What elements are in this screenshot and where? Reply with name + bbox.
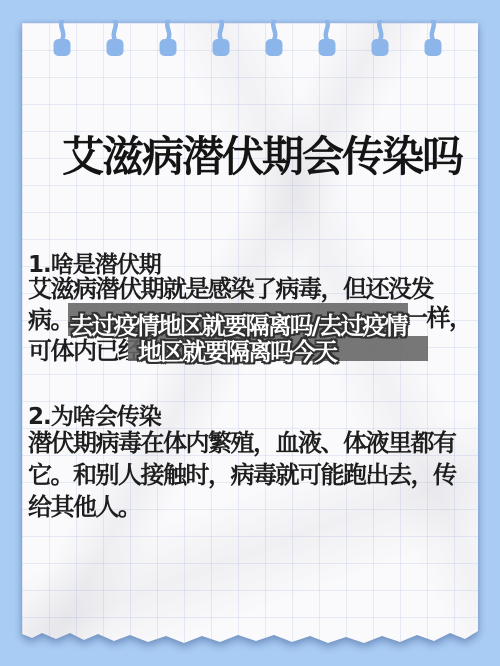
pin-icon [209,20,233,68]
section1-line2-visible-start: 病。 [28,305,73,336]
poster-title: 艾滋病潜伏期会传染吗 [34,124,490,184]
pin-icon [315,20,339,68]
pin-icon [262,20,286,68]
section1-line1: 艾滋病潜伏期就是感染了病毒，但还没发 [28,274,433,305]
pin-icon [50,20,74,68]
pin-icon [156,20,180,68]
infographic-canvas: { "colors": { "background": "#a9ccf4", "… [0,0,500,666]
caption-overlay-line2: 地区就要隔离吗今天 [138,332,336,367]
section2-line3: 给其他人。 [28,492,141,523]
pin-icon [103,20,127,68]
section2-heading: 2.为啥会传染 [28,398,161,431]
pin-icon [421,20,445,68]
section2-line2: 它。和别人接触时，病毒就可能跑出去，传 [28,460,456,491]
pin-icon [368,20,392,68]
section1-line2-visible-end: 一样， [404,303,472,334]
section2-line1: 潜伏期病毒在体内繁殖，血液、体液里都有 [28,428,456,459]
pin-row [0,20,500,70]
